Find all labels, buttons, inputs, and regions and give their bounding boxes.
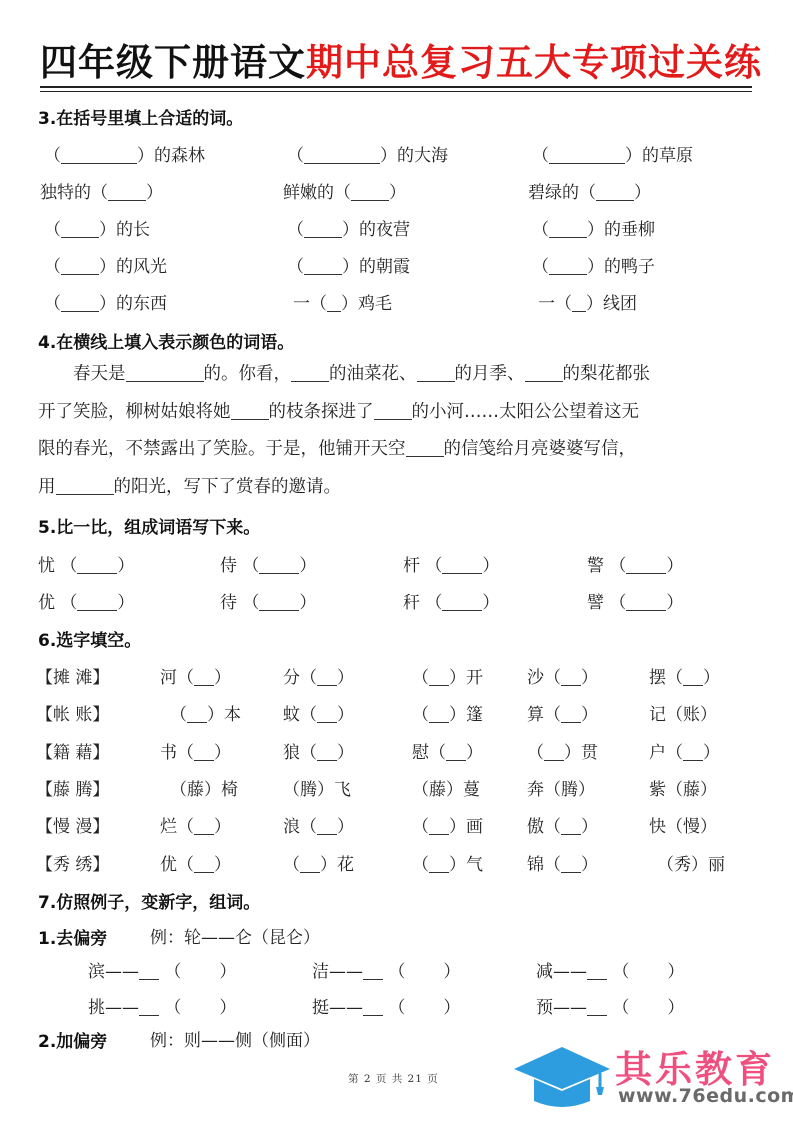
item-suffix: ） (703, 668, 720, 688)
color-word-blank[interactable] (525, 364, 563, 382)
filled-answer: 秀 (674, 855, 691, 875)
paragraph-text: 的枝条探进了 (269, 402, 374, 422)
item-prefix: （ (287, 220, 304, 240)
filled-answer: 慢 (683, 817, 700, 837)
item-prefix: 书（ (160, 743, 194, 763)
answer-blank[interactable] (561, 705, 581, 723)
paragraph-text: 的油菜花、 (329, 364, 417, 384)
bracket-open: （ (55, 593, 77, 613)
new-char-blank[interactable] (587, 962, 607, 980)
item-suffix: ） (337, 668, 354, 688)
bracket-close: ） (117, 593, 134, 613)
item-suffix: ） (214, 817, 231, 837)
item-suffix: ）蔓 (446, 780, 480, 800)
paragraph-text: 用 (38, 477, 56, 497)
choose-char-item: 蚊（） (283, 702, 354, 728)
fill-item: 独特的（） (40, 180, 163, 206)
compare-item: 杆 （） (403, 553, 499, 579)
new-char-blank[interactable] (363, 962, 383, 980)
compare-char: 忧 (38, 556, 55, 576)
paragraph-line: 用的阳光，写下了赏春的邀请。 (38, 469, 758, 507)
item-prefix: 烂（ (160, 817, 194, 837)
bracket-close: ） (117, 556, 134, 576)
item-prefix: 鲜嫩的（ (283, 183, 351, 203)
item-prefix: 河（ (160, 668, 194, 688)
paragraph-text: 的小河……太阳公公望着这无 (412, 402, 640, 422)
item-suffix: ） (581, 705, 598, 725)
section-7-part2-label: 2.加偏旁 (38, 1029, 107, 1054)
item-prefix: （ (44, 220, 61, 240)
item-suffix: ） (337, 705, 354, 725)
fill-item: （）的鸭子 (532, 254, 655, 280)
paragraph-text: 的阳光，写下了赏春的邀请。 (114, 477, 342, 497)
section-3-heading: 3.在括号里填上合适的词。 (38, 106, 243, 131)
item-suffix: ）飞 (317, 780, 351, 800)
page-title: 四年级下册语文期中总复习五大专项过关练 (40, 40, 752, 86)
answer-blank[interactable] (61, 146, 137, 164)
answer-blank[interactable] (61, 257, 99, 275)
choose-char-item: （藤）椅 (170, 777, 238, 803)
item-prefix: 锦（ (527, 855, 561, 875)
choose-char-item: （）本 (170, 702, 241, 728)
char-group-label: 【藤 腾】 (36, 777, 109, 803)
answer-blank[interactable] (317, 817, 337, 835)
choose-char-item: 沙（） (527, 665, 598, 691)
answer-blank[interactable] (194, 855, 214, 873)
section-7-part2-example: 例：则——侧（侧面） (150, 1028, 320, 1054)
choose-char-item: （）气 (412, 852, 483, 878)
radical-item: 减—— （） (536, 959, 684, 985)
section-7-part1-example: 例：轮——仑（昆仑） (150, 925, 320, 951)
new-char-blank[interactable] (587, 998, 607, 1016)
item-suffix: ） (700, 780, 717, 800)
item-prefix: （ (412, 817, 429, 837)
section-5-heading: 5.比一比，组成词语写下来。 (38, 515, 260, 540)
choose-char-item: 狼（） (283, 740, 354, 766)
item-prefix: 一（ (293, 294, 327, 314)
choose-char-item: 户（） (649, 740, 720, 766)
item-suffix: ） (578, 780, 595, 800)
answer-blank[interactable] (317, 705, 337, 723)
choose-char-item: （）贯 (527, 740, 598, 766)
answer-blank[interactable] (317, 743, 337, 761)
item-prefix: （ (44, 294, 61, 314)
paragraph-text: 的梨花都张 (563, 364, 651, 384)
fill-item: （）的风光 (44, 254, 167, 280)
choose-char-item: 快（慢） (649, 814, 717, 840)
item-prefix: 分（ (283, 668, 317, 688)
bracket-open: （ (237, 593, 259, 613)
fill-item: 一（）鸡毛 (293, 291, 392, 317)
paragraph-line: 限的春光，不禁露出了笑脸。于是，他铺开天空的信笺给月亮婆婆写信， (38, 431, 758, 469)
bracket-open: （ (237, 556, 259, 576)
compare-char: 待 (220, 593, 237, 613)
bracket-open: （ (159, 962, 181, 982)
color-word-blank[interactable] (406, 439, 444, 457)
answer-blank[interactable] (429, 855, 449, 873)
item-prefix: 优（ (160, 855, 194, 875)
compare-char: 优 (38, 593, 55, 613)
filled-answer: 腾 (300, 780, 317, 800)
filled-answer: 藤 (187, 780, 204, 800)
choose-char-item: 记（账） (649, 702, 717, 728)
item-prefix: 奔（ (527, 780, 561, 800)
item-suffix: ）的长 (99, 220, 150, 240)
item-suffix: ）本 (207, 705, 241, 725)
filled-answer: 腾 (561, 780, 578, 800)
choose-char-item: 河（） (160, 665, 231, 691)
item-prefix: 一（ (538, 294, 572, 314)
bracket-close: ） (219, 998, 236, 1018)
compare-char: 秆 (403, 593, 420, 613)
bracket-open: （ (383, 962, 405, 982)
bracket-close: ） (666, 556, 683, 576)
item-suffix: ）开 (449, 668, 483, 688)
item-prefix: （ (170, 705, 187, 725)
choose-char-item: 优（） (160, 852, 231, 878)
color-word-blank[interactable] (417, 364, 455, 382)
fill-item: 碧绿的（） (528, 180, 651, 206)
item-suffix: ）花 (320, 855, 354, 875)
item-suffix: ） (581, 855, 598, 875)
item-prefix: （ (283, 855, 300, 875)
item-prefix: （ (287, 257, 304, 277)
item-prefix: 傲（ (527, 817, 561, 837)
paragraph-text: 春天是 (38, 364, 126, 384)
answer-blank[interactable] (194, 743, 214, 761)
radical-item: 挑—— （） (88, 995, 236, 1021)
compare-char: 侍 (220, 556, 237, 576)
answer-blank[interactable] (549, 146, 625, 164)
paragraph-line: 开了笑脸，柳树姑娘将她的枝条探进了的小河……太阳公公望着这无 (38, 394, 758, 432)
filled-answer: 藤 (683, 780, 700, 800)
paragraph-text: 的月季、 (455, 364, 525, 384)
choose-char-item: （腾）飞 (283, 777, 351, 803)
paragraph-text: 开了笑脸，柳树姑娘将她 (38, 402, 231, 422)
choose-char-item: 奔（腾） (527, 777, 595, 803)
bracket-open: （ (420, 593, 442, 613)
bracket-close: ） (443, 998, 460, 1018)
fill-item: （）的夜营 (287, 217, 410, 243)
title-red-part: 期中总复习五大专项过关练 (306, 41, 762, 84)
item-suffix: ）的东西 (99, 294, 167, 314)
radical-item: 预—— （） (536, 995, 684, 1021)
paragraph-text: 的信笺给月亮婆婆写信， (444, 439, 637, 459)
paragraph-text: 限的春光，不禁露出了笑脸。于是，他铺开天空 (38, 439, 406, 459)
choose-char-item: 慰（） (412, 740, 483, 766)
bracket-open: （ (604, 593, 626, 613)
item-suffix: ） (703, 743, 720, 763)
bracket-open: （ (420, 556, 442, 576)
item-prefix: 慰（ (412, 743, 446, 763)
new-char-blank[interactable] (363, 998, 383, 1016)
title-underline (40, 86, 752, 92)
choose-char-item: 紫（藤） (649, 777, 717, 803)
item-prefix: （ (412, 705, 429, 725)
answer-blank[interactable] (61, 220, 99, 238)
answer-blank[interactable] (304, 146, 380, 164)
item-suffix: ） (214, 668, 231, 688)
item-prefix: （ (527, 743, 544, 763)
item-suffix: ）贯 (564, 743, 598, 763)
bracket-close: ） (482, 593, 499, 613)
answer-blank[interactable] (446, 743, 466, 761)
item-prefix: 户（ (649, 743, 683, 763)
color-word-blank[interactable] (56, 477, 114, 495)
bracket-open: （ (607, 962, 629, 982)
answer-blank[interactable] (327, 294, 341, 312)
compare-char: 杆 (403, 556, 420, 576)
fill-item: （）的朝霞 (287, 254, 410, 280)
bracket-open: （ (607, 998, 629, 1018)
answer-blank[interactable] (259, 556, 299, 574)
item-suffix: ）的夜营 (342, 220, 410, 240)
compare-char: 譬 (587, 593, 604, 613)
item-prefix: 快（ (649, 817, 683, 837)
answer-blank[interactable] (77, 593, 117, 611)
item-prefix: （ (283, 780, 300, 800)
compare-item: 忧 （） (38, 553, 134, 579)
radical-item: 挺—— （） (312, 995, 460, 1021)
choose-char-item: （）画 (412, 814, 483, 840)
answer-blank[interactable] (442, 593, 482, 611)
choose-char-item: （）开 (412, 665, 483, 691)
answer-blank[interactable] (544, 743, 564, 761)
item-prefix: 算（ (527, 705, 561, 725)
compare-item: 优 （） (38, 590, 134, 616)
choose-char-item: 分（） (283, 665, 354, 691)
bracket-open: （ (159, 998, 181, 1018)
brand-url: www.76edu.com (618, 1085, 793, 1107)
source-char: 洁—— (312, 962, 363, 982)
radical-item: 滨—— （） (88, 959, 236, 985)
answer-blank[interactable] (77, 556, 117, 574)
choose-char-item: （藤）蔓 (412, 777, 480, 803)
answer-blank[interactable] (596, 183, 634, 201)
bracket-close: ） (666, 593, 683, 613)
brand-logo: 其乐教育 www.76edu.com (512, 1043, 784, 1111)
fill-item: （）的长 (44, 217, 150, 243)
char-group-label: 【慢 漫】 (36, 814, 109, 840)
fill-item: （）的森林 (44, 143, 205, 169)
section-6-heading: 6.选字填空。 (38, 628, 141, 653)
item-suffix: ）篷 (449, 705, 483, 725)
item-prefix: （ (657, 855, 674, 875)
bracket-open: （ (604, 556, 626, 576)
choose-char-item: （秀）丽 (657, 852, 725, 878)
section-4-heading: 4.在横线上填入表示颜色的词语。 (38, 330, 294, 355)
bracket-close: ） (482, 556, 499, 576)
choose-char-item: 烂（） (160, 814, 231, 840)
color-word-blank[interactable] (126, 364, 204, 382)
item-prefix: （ (532, 257, 549, 277)
item-suffix: ）椅 (204, 780, 238, 800)
bracket-close: ） (299, 556, 316, 576)
answer-blank[interactable] (429, 817, 449, 835)
section-7-part1-label: 1.去偏旁 (38, 926, 107, 951)
answer-blank[interactable] (549, 257, 587, 275)
answer-blank[interactable] (572, 294, 586, 312)
page-number: 第 2 页 共 21 页 (348, 1071, 439, 1086)
item-suffix: ） (214, 855, 231, 875)
graduation-cap-icon (512, 1043, 612, 1109)
answer-blank[interactable] (187, 705, 207, 723)
compare-item: 譬 （） (587, 590, 683, 616)
compare-item: 秆 （） (403, 590, 499, 616)
item-suffix: ）线团 (586, 294, 637, 314)
fill-item: 鲜嫩的（） (283, 180, 406, 206)
choose-char-item: 傲（） (527, 814, 598, 840)
fill-item: （）的大海 (287, 143, 448, 169)
item-suffix: ） (581, 668, 598, 688)
item-prefix: （ (287, 146, 304, 166)
choose-char-item: （）花 (283, 852, 354, 878)
source-char: 挺—— (312, 998, 363, 1018)
bracket-close: ） (667, 962, 684, 982)
item-suffix: ）的风光 (99, 257, 167, 277)
item-suffix: ） (337, 743, 354, 763)
item-prefix: （ (412, 855, 429, 875)
answer-blank[interactable] (549, 220, 587, 238)
bracket-open: （ (55, 556, 77, 576)
compare-item: 侍 （） (220, 553, 316, 579)
item-suffix: ）画 (449, 817, 483, 837)
item-suffix: ） (146, 183, 163, 203)
answer-blank[interactable] (683, 668, 703, 686)
choose-char-item: （）篷 (412, 702, 483, 728)
section-7-heading: 7.仿照例子，变新字，组词。 (38, 890, 260, 915)
answer-blank[interactable] (626, 556, 666, 574)
fill-item: （）的草原 (532, 143, 693, 169)
answer-blank[interactable] (683, 743, 703, 761)
item-prefix: 碧绿的（ (528, 183, 596, 203)
fill-item: （）的东西 (44, 291, 167, 317)
item-prefix: 摆（ (649, 668, 683, 688)
bracket-close: ） (299, 593, 316, 613)
answer-blank[interactable] (442, 556, 482, 574)
bracket-close: ） (219, 962, 236, 982)
answer-blank[interactable] (259, 593, 299, 611)
answer-blank[interactable] (317, 668, 337, 686)
bracket-open: （ (383, 998, 405, 1018)
choose-char-item: 摆（） (649, 665, 720, 691)
char-group-label: 【秀 绣】 (36, 852, 109, 878)
item-suffix: ）气 (449, 855, 483, 875)
filled-answer: 账 (683, 705, 700, 725)
item-prefix: 狼（ (283, 743, 317, 763)
item-prefix: （ (532, 220, 549, 240)
filled-answer: 藤 (429, 780, 446, 800)
source-char: 预—— (536, 998, 587, 1018)
paragraph-text: 的。你看， (204, 364, 292, 384)
new-char-blank[interactable] (139, 962, 159, 980)
item-prefix: （ (412, 668, 429, 688)
item-suffix: ） (581, 817, 598, 837)
answer-blank[interactable] (300, 855, 320, 873)
item-suffix: ） (389, 183, 406, 203)
item-suffix: ）的草原 (625, 146, 693, 166)
item-prefix: 紫（ (649, 780, 683, 800)
item-suffix: ）的朝霞 (342, 257, 410, 277)
answer-blank[interactable] (561, 817, 581, 835)
char-group-label: 【帐 账】 (36, 702, 109, 728)
item-suffix: ） (466, 743, 483, 763)
char-group-label: 【籍 藉】 (36, 740, 109, 766)
item-prefix: 独特的（ (40, 183, 108, 203)
compare-char: 警 (587, 556, 604, 576)
char-group-label: 【摊 滩】 (36, 665, 109, 691)
item-prefix: （ (44, 146, 61, 166)
color-word-blank[interactable] (374, 402, 412, 420)
item-suffix: ） (634, 183, 651, 203)
item-suffix: ）的大海 (380, 146, 448, 166)
answer-blank[interactable] (304, 220, 342, 238)
item-suffix: ）的森林 (137, 146, 205, 166)
radical-item: 洁—— （） (312, 959, 460, 985)
source-char: 减—— (536, 962, 587, 982)
item-suffix: ）鸡毛 (341, 294, 392, 314)
answer-blank[interactable] (61, 294, 99, 312)
answer-blank[interactable] (194, 817, 214, 835)
item-prefix: （ (412, 780, 429, 800)
answer-blank[interactable] (429, 668, 449, 686)
choose-char-item: 锦（） (527, 852, 598, 878)
bracket-close: ） (667, 998, 684, 1018)
answer-blank[interactable] (429, 705, 449, 723)
answer-blank[interactable] (561, 668, 581, 686)
item-prefix: 蚊（ (283, 705, 317, 725)
color-word-blank[interactable] (291, 364, 329, 382)
item-suffix: ）丽 (691, 855, 725, 875)
item-suffix: ） (700, 817, 717, 837)
item-prefix: （ (170, 780, 187, 800)
item-prefix: （ (532, 146, 549, 166)
item-suffix: ） (700, 705, 717, 725)
item-suffix: ） (214, 743, 231, 763)
bracket-close: ） (443, 962, 460, 982)
choose-char-item: 书（） (160, 740, 231, 766)
answer-blank[interactable] (194, 668, 214, 686)
answer-blank[interactable] (626, 593, 666, 611)
answer-blank[interactable] (304, 257, 342, 275)
source-char: 挑—— (88, 998, 139, 1018)
fill-item: 一（）线团 (538, 291, 637, 317)
answer-blank[interactable] (561, 855, 581, 873)
choose-char-item: 算（） (527, 702, 598, 728)
item-suffix: ）的鸭子 (587, 257, 655, 277)
answer-blank[interactable] (351, 183, 389, 201)
compare-item: 警 （） (587, 553, 683, 579)
item-suffix: ）的垂柳 (587, 220, 655, 240)
source-char: 滨—— (88, 962, 139, 982)
new-char-blank[interactable] (139, 998, 159, 1016)
title-black-part: 四年级下册语文 (40, 41, 306, 84)
paragraph-line: 春天是的。你看，的油菜花、的月季、的梨花都张 (38, 356, 758, 394)
answer-blank[interactable] (108, 183, 146, 201)
item-prefix: 浪（ (283, 817, 317, 837)
color-word-blank[interactable] (231, 402, 269, 420)
item-prefix: 记（ (649, 705, 683, 725)
item-suffix: ） (337, 817, 354, 837)
fill-item: （）的垂柳 (532, 217, 655, 243)
choose-char-item: 浪（） (283, 814, 354, 840)
item-prefix: 沙（ (527, 668, 561, 688)
compare-item: 待 （） (220, 590, 316, 616)
item-prefix: （ (44, 257, 61, 277)
